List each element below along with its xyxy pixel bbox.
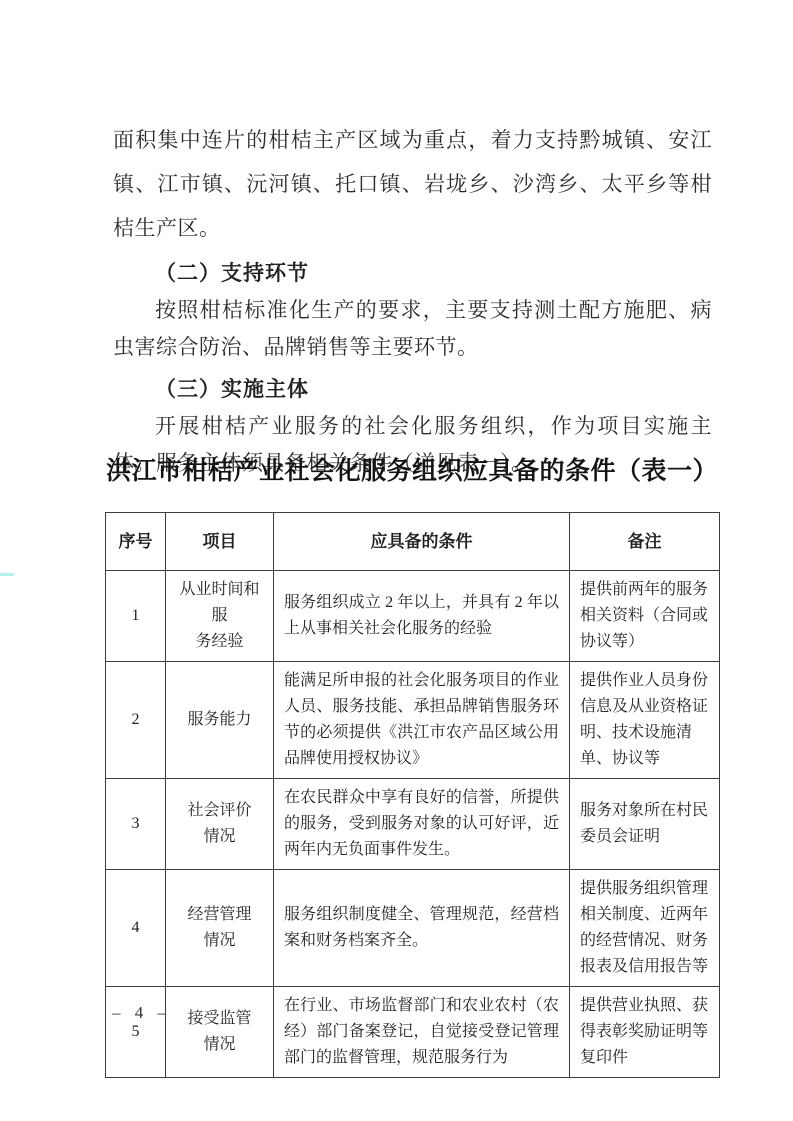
table-title: 洪江市柑桔产业社会化服务组织应具备的条件（表一） xyxy=(105,451,719,487)
column-header-no: 序号 xyxy=(106,513,166,571)
cell-item: 服务能力 xyxy=(166,662,274,779)
body-text-block: 面积集中连片的柑桔主产区域为重点，着力支持黔城镇、安江镇、江市镇、沅河镇、托口镇… xyxy=(113,118,712,482)
cell-condition: 在行业、市场监督部门和农业农村（农经）部门备案登记，自觉接受登记管理部门的监督管… xyxy=(274,987,570,1078)
cell-no: 2 xyxy=(106,662,166,779)
table-row: 2 服务能力 能满足所申报的社会化服务项目的作业人员、服务技能、承担品牌销售服务… xyxy=(106,662,720,779)
column-header-note: 备注 xyxy=(570,513,720,571)
section-heading-2: （二）支持环节 xyxy=(113,258,712,288)
cell-item: 社会评价 情况 xyxy=(166,779,274,870)
column-header-item: 项目 xyxy=(166,513,274,571)
table-row: 1 从业时间和服 务经验 服务组织成立 2 年以上，并具有 2 年以上从事相关社… xyxy=(106,571,720,662)
document-page: 面积集中连片的柑桔主产区域为重点，着力支持黔城镇、安江镇、江市镇、沅河镇、托口镇… xyxy=(0,0,793,1121)
cell-condition: 服务组织成立 2 年以上，并具有 2 年以上从事相关社会化服务的经验 xyxy=(274,571,570,662)
cell-item: 接受监管 情况 xyxy=(166,987,274,1078)
table-row: 5 接受监管 情况 在行业、市场监督部门和农业农村（农经）部门备案登记，自觉接受… xyxy=(106,987,720,1078)
cell-item: 经营管理 情况 xyxy=(166,870,274,987)
cell-item: 从业时间和服 务经验 xyxy=(166,571,274,662)
cell-note: 服务对象所在村民委员会证明 xyxy=(570,779,720,870)
conditions-table: 序号 项目 应具备的条件 备注 1 从业时间和服 务经验 服务组织成立 2 年以… xyxy=(105,512,720,1078)
cell-note: 提供前两年的服务相关资料（合同或协议等） xyxy=(570,571,720,662)
cell-no: 5 xyxy=(106,987,166,1078)
table-header-row: 序号 项目 应具备的条件 备注 xyxy=(106,513,720,571)
paragraph-continued: 面积集中连片的柑桔主产区域为重点，着力支持黔城镇、安江镇、江市镇、沅河镇、托口镇… xyxy=(113,118,712,250)
table-row: 3 社会评价 情况 在农民群众中享有良好的信誉，所提供的服务，受到服务对象的认可… xyxy=(106,779,720,870)
cell-no: 4 xyxy=(106,870,166,987)
table-row: 4 经营管理 情况 服务组织制度健全、管理规范，经营档案和财务档案齐全。 提供服… xyxy=(106,870,720,987)
page-number: – 4 – xyxy=(112,1003,171,1023)
scan-artifact-mark xyxy=(0,573,14,576)
cell-no: 1 xyxy=(106,571,166,662)
cell-note: 提供营业执照、获得表彰奖励证明等复印件 xyxy=(570,987,720,1078)
cell-note: 提供服务组织管理相关制度、近两年的经营情况、财务报表及信用报告等 xyxy=(570,870,720,987)
cell-condition: 服务组织制度健全、管理规范，经营档案和财务档案齐全。 xyxy=(274,870,570,987)
cell-condition: 在农民群众中享有良好的信誉，所提供的服务，受到服务对象的认可好评，近两年内无负面… xyxy=(274,779,570,870)
cell-no: 3 xyxy=(106,779,166,870)
cell-condition: 能满足所申报的社会化服务项目的作业人员、服务技能、承担品牌销售服务环节的必须提供… xyxy=(274,662,570,779)
cell-note: 提供作业人员身份信息及从业资格证明、技术设施清单、协议等 xyxy=(570,662,720,779)
column-header-condition: 应具备的条件 xyxy=(274,513,570,571)
conditions-table-wrap: 序号 项目 应具备的条件 备注 1 从业时间和服 务经验 服务组织成立 2 年以… xyxy=(105,512,719,1078)
paragraph-support-links: 按照柑桔标准化生产的要求，主要支持测土配方施肥、病虫害综合防治、品牌销售等主要环… xyxy=(113,292,712,366)
section-heading-3: （三）实施主体 xyxy=(113,374,712,404)
